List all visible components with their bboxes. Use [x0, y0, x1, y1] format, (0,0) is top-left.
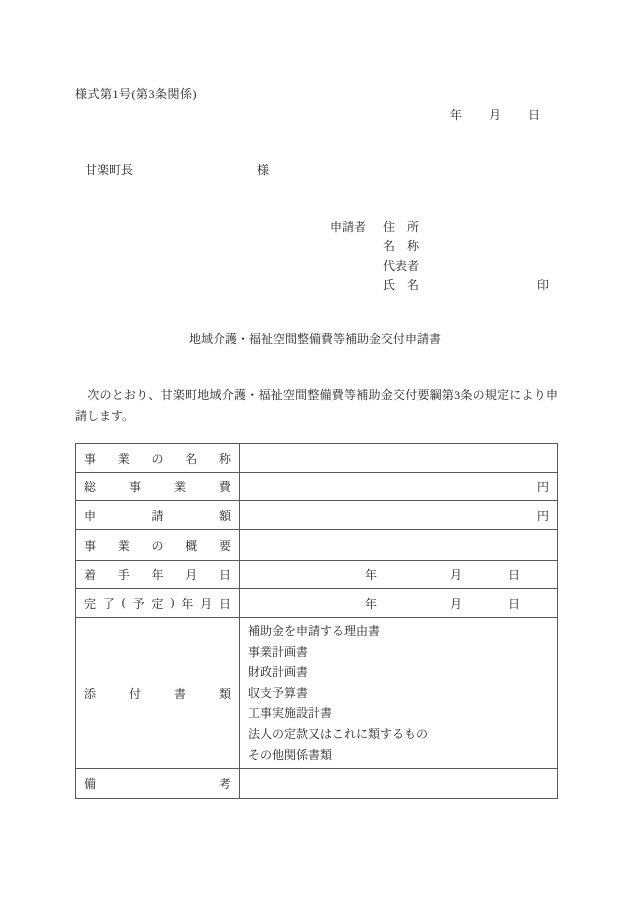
- date-month: 月: [450, 566, 462, 583]
- table-row: 総事業費 円: [76, 473, 558, 501]
- project-name-label-cell: 事業の名称: [76, 444, 240, 473]
- document-title: 地域介護・福祉空間整備費等補助金交付申請書: [0, 330, 630, 347]
- addressee-honorific: 様: [257, 161, 269, 178]
- table-row: 完了(予定)年月日 年 月 日: [76, 589, 558, 618]
- row-label: 完了(予定)年月日: [84, 595, 231, 612]
- currency-unit: 円: [537, 480, 549, 494]
- table-row: 申請額 円: [76, 501, 558, 530]
- attachments-value-cell: 補助金を申請する理由書 事業計画書 財政計画書 収支予算書 工事実施設計書 法人…: [240, 618, 558, 769]
- attachment-item: 財政計画書: [248, 662, 549, 683]
- form-number: 様式第1号(第3条関係): [75, 85, 197, 102]
- remarks-value-cell: [240, 769, 558, 799]
- applicant-name-label: 氏 名: [383, 276, 419, 295]
- date-day: 日: [508, 595, 520, 612]
- applicant-address-label: 住 所: [383, 218, 419, 237]
- row-label: 備考: [84, 775, 231, 792]
- table-row: 着手年月日 年 月 日: [76, 561, 558, 589]
- requested-amount-value-cell: 円: [240, 501, 558, 530]
- start-date-value-cell: 年 月 日: [240, 561, 558, 589]
- table-row: 事業の名称: [76, 444, 558, 473]
- project-outline-label-cell: 事業の概要: [76, 530, 240, 561]
- table-row: 事業の概要: [76, 530, 558, 561]
- total-cost-value-cell: 円: [240, 473, 558, 501]
- date-year: 年: [365, 595, 377, 612]
- project-outline-value-cell: [240, 530, 558, 561]
- header-date-day: 日: [528, 106, 540, 123]
- row-label: 事業の概要: [84, 537, 231, 554]
- row-label: 総事業費: [84, 478, 231, 495]
- completion-date-value-cell: 年 月 日: [240, 589, 558, 618]
- start-date-label-cell: 着手年月日: [76, 561, 240, 589]
- requested-amount-label-cell: 申請額: [76, 501, 240, 530]
- date-year: 年: [365, 566, 377, 583]
- row-label: 添付書類: [84, 685, 231, 702]
- addressee-name: 甘楽町長: [85, 161, 133, 178]
- attachment-item: 工事実施設計書: [248, 703, 549, 724]
- attachments-label-cell: 添付書類: [76, 618, 240, 769]
- attachment-item: その他関係書類: [248, 745, 549, 766]
- row-label: 着手年月日: [84, 566, 231, 583]
- table-row: 添付書類 補助金を申請する理由書 事業計画書 財政計画書 収支予算書 工事実施設…: [76, 618, 558, 769]
- attachment-item: 補助金を申請する理由書: [248, 621, 549, 642]
- currency-unit: 円: [537, 509, 549, 523]
- header-date-line: 年 月 日: [450, 106, 540, 123]
- date-month: 月: [450, 595, 462, 612]
- row-label: 事業の名称: [84, 450, 231, 467]
- header-date-month: 月: [489, 106, 501, 123]
- applicant-organization-label: 名 称: [383, 237, 419, 256]
- project-name-value-cell: [240, 444, 558, 473]
- application-form-table: 事業の名称 総事業費 円 申請額 円: [75, 443, 558, 799]
- attachment-item: 法人の定款又はこれに類するもの: [248, 724, 549, 745]
- attachment-item: 事業計画書: [248, 642, 549, 663]
- row-label: 申請額: [84, 507, 231, 524]
- header-date-year: 年: [450, 106, 462, 123]
- attachment-item: 収支予算書: [248, 683, 549, 704]
- applicant-block: 申請者 住 所 名 称 代表者 氏 名: [330, 218, 419, 295]
- completion-date-label-cell: 完了(予定)年月日: [76, 589, 240, 618]
- document-page: 様式第1号(第3条関係) 年 月 日 甘楽町長 様 申請者 住 所 名 称 代表…: [0, 0, 630, 916]
- addressee-line: 甘楽町長 様: [85, 161, 269, 178]
- remarks-label-cell: 備考: [76, 769, 240, 799]
- body-paragraph: 次のとおり、甘楽町地域介護・福祉空間整備費等補助金交付要綱第3条の規定により申請…: [75, 385, 558, 427]
- applicant-label: 申請者: [330, 218, 383, 295]
- total-cost-label-cell: 総事業費: [76, 473, 240, 501]
- seal-mark: 印: [537, 276, 549, 293]
- applicant-fields: 住 所 名 称 代表者 氏 名: [383, 218, 419, 295]
- date-day: 日: [508, 566, 520, 583]
- table-row: 備考: [76, 769, 558, 799]
- applicant-representative-label: 代表者: [383, 257, 419, 276]
